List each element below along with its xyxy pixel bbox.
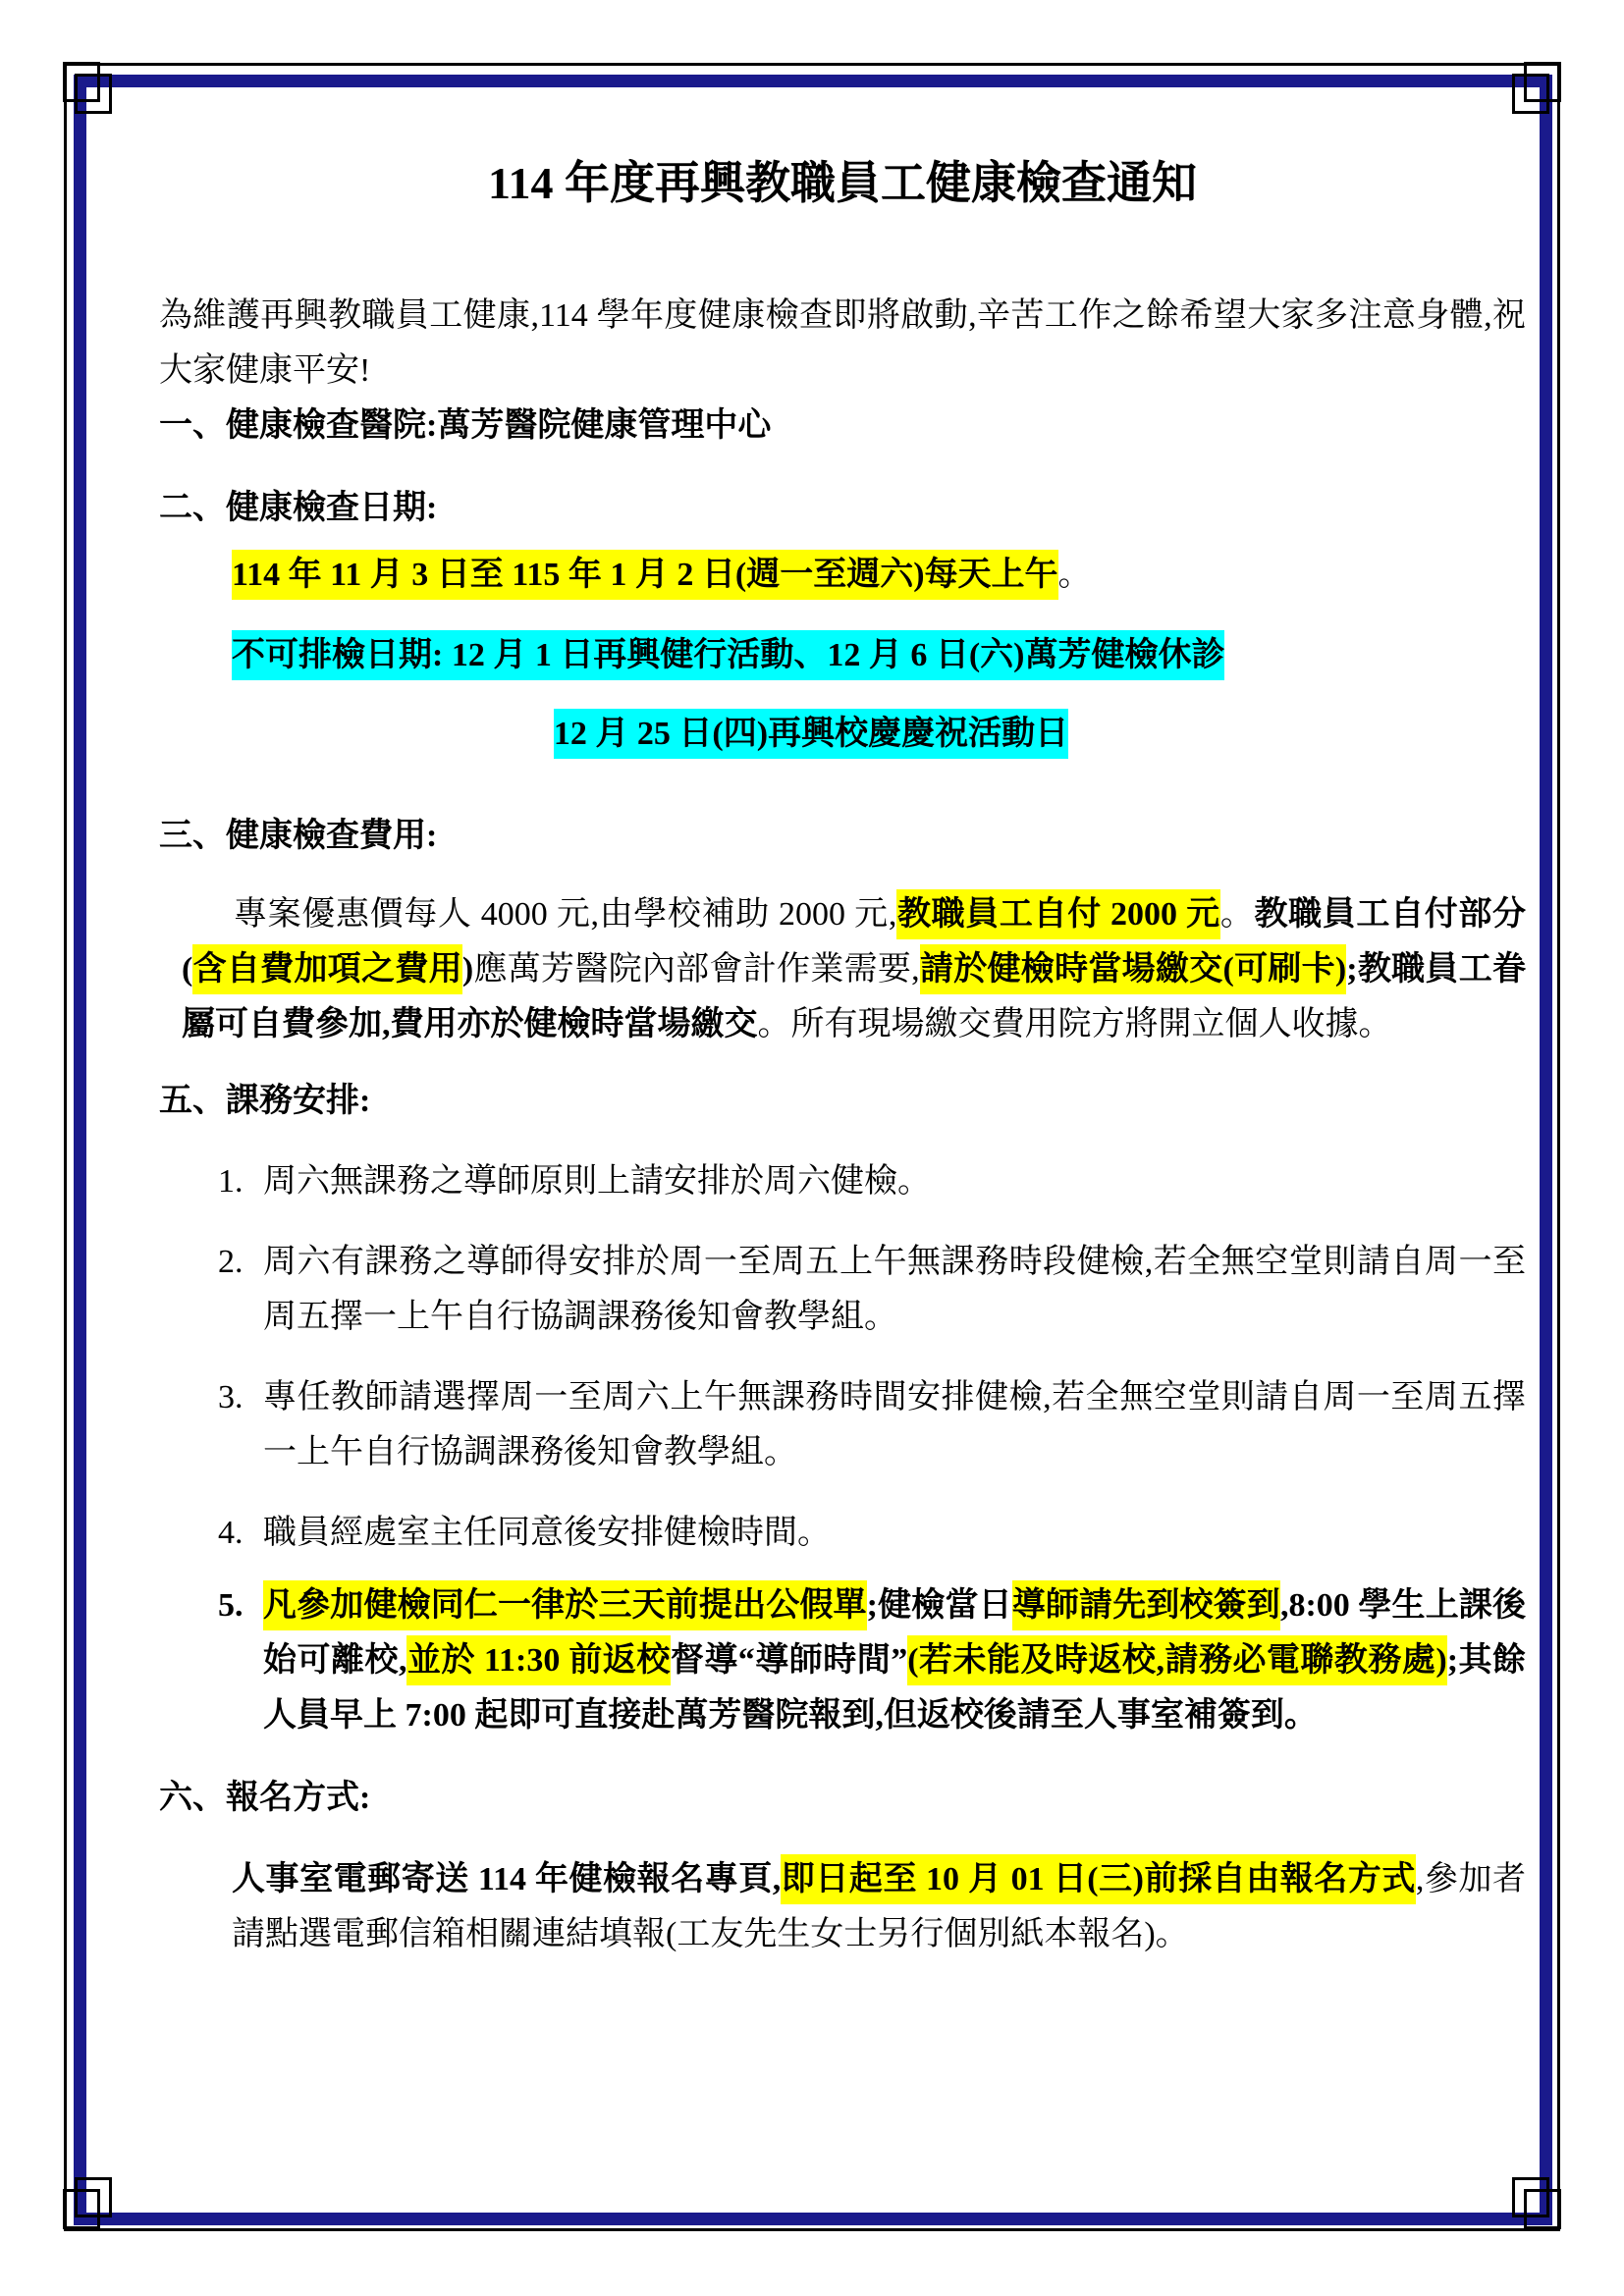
list-item-number: 1. [218,1154,263,1209]
text-run: 專任教師請選擇周一至周六上午無課務時間安排健檢,若全無空堂則請自周一至周五擇一上… [263,1379,1526,1470]
corner-ornament-square [1512,74,1549,114]
list-item-text: 職員經處室主任同意後安排健檢時間。 [263,1506,1526,1561]
arrangement-item-1: 1. 周六無課務之導師原則上請安排於周六健檢。 [218,1154,1526,1209]
text-run: 督導“導師時間” [671,1642,907,1679]
text-run: 專案優惠價每人 4000 元,由學校補助 2000 元, [234,896,896,933]
text-run: 教職員工自付 2000 元 [896,889,1220,939]
text-run: ) [462,951,473,988]
list-item-number: 3. [218,1370,263,1480]
text-run: 並於 11:30 前返校 [406,1635,670,1685]
text-run: 。 [1058,557,1092,593]
text-run: 含自費加項之費用 [192,944,462,994]
arrangement-item-5: 5. 凡參加健檢同仁一律於三天前提出公假單;健檢當日導師請先到校簽到,8:00 … [218,1578,1526,1743]
list-item-text: 周六有課務之導師得安排於周一至周五上午無課務時段健檢,若全無空堂則請自周一至周五… [263,1235,1526,1345]
list-item-number: 5. [218,1578,263,1743]
text-run: ;健檢當日 [867,1587,1012,1624]
text-run: 114 年 11 月 3 日至 115 年 1 月 2 日(週一至週六)每天上午 [232,550,1058,600]
text-run: 凡參加健檢同仁一律於三天前提出公假單 [263,1580,867,1630]
list-item-text: 專任教師請選擇周一至周六上午無課務時間安排健檢,若全無空堂則請自周一至周五擇一上… [263,1370,1526,1480]
section-fee-heading: 三、健康檢查費用: [159,809,1526,864]
schedule-date-line: 114 年 11 月 3 日至 115 年 1 月 2 日(週一至週六)每天上午… [159,548,1526,603]
list-item-number: 2. [218,1235,263,1345]
text-run: 為維護再興教職員工健康,114 學年度健康檢查即將啟動,辛苦工作之餘希望大家多注… [159,297,1526,389]
text-run: 應萬芳醫院內部會計作業需要, [473,951,919,988]
text-run: 。所有現場繳交費用院方將開立個人收據。 [758,1006,1392,1042]
corner-ornament-square [75,2177,112,2217]
list-item-text: 周六無課務之導師原則上請安排於周六健檢。 [263,1154,1526,1209]
text-run: 12 月 25 日(四)再興校慶慶祝活動日 [554,709,1068,759]
text-run: 周六無課務之導師原則上請安排於周六健檢。 [263,1163,931,1200]
notice-page: 114 年度再興教職員工健康檢查通知 為維護再興教職員工健康,114 學年度健康… [0,0,1624,2296]
text-run: 周六有課務之導師得安排於周一至周五上午無課務時段健檢,若全無空堂則請自周一至周五… [263,1244,1526,1335]
text-run: 導師請先到校簽到 [1012,1580,1280,1630]
text-run: 即日起至 10 月 01 日(三)前採自由報名方式 [781,1854,1416,1904]
section-arrangement-heading: 五、課務安排: [159,1074,1526,1129]
corner-ornament-square [75,74,112,114]
schedule-blocked-date-line-2: 12 月 25 日(四)再興校慶慶祝活動日 [159,707,1463,762]
list-item-number: 4. [218,1506,263,1561]
text-run: 。 [1220,896,1255,933]
text-run: 請於健檢時當場繳交(可刷卡) [920,944,1347,994]
intro-paragraph: 為維護再興教職員工健康,114 學年度健康檢查即將啟動,辛苦工作之餘希望大家多注… [159,289,1526,399]
corner-ornament-square [1512,2177,1549,2217]
section-signup-heading: 六、報名方式: [159,1771,1526,1826]
schedule-blocked-date-line-1: 不可排檢日期: 12 月 1 日再興健行活動、12 月 6 日(六)萬芳健檢休診 [159,628,1526,683]
arrangement-item-4: 4. 職員經處室主任同意後安排健檢時間。 [218,1506,1526,1561]
document-content: 114 年度再興教職員工健康檢查通知 為維護再興教職員工健康,114 學年度健康… [159,147,1526,1962]
list-item-text: 凡參加健檢同仁一律於三天前提出公假單;健檢當日導師請先到校簽到,8:00 學生上… [263,1578,1526,1743]
document-title: 114 年度再興教職員工健康檢查通知 [159,147,1526,220]
text-run: 人事室電郵寄送 114 年健檢報名專頁, [232,1861,781,1897]
text-run: (若未能及時返校,請務必電聯教務處) [907,1635,1446,1685]
arrangement-item-2: 2. 周六有課務之導師得安排於周一至周五上午無課務時段健檢,若全無空堂則請自周一… [218,1235,1526,1345]
signup-paragraph: 人事室電郵寄送 114 年健檢報名專頁,即日起至 10 月 01 日(三)前採自… [159,1852,1526,1962]
text-run: 職員經處室主任同意後安排健檢時間。 [263,1515,831,1551]
section-hospital-heading: 一、健康檢查醫院:萬芳醫院健康管理中心 [159,399,1526,454]
fee-paragraph: 專案優惠價每人 4000 元,由學校補助 2000 元,教職員工自付 2000 … [182,887,1526,1052]
text-run: 不可排檢日期: 12 月 1 日再興健行活動、12 月 6 日(六)萬芳健檢休診 [232,630,1224,680]
section-schedule-heading: 二、健康檢查日期: [159,481,1526,536]
arrangement-item-3: 3. 專任教師請選擇周一至周六上午無課務時間安排健檢,若全無空堂則請自周一至周五… [218,1370,1526,1480]
